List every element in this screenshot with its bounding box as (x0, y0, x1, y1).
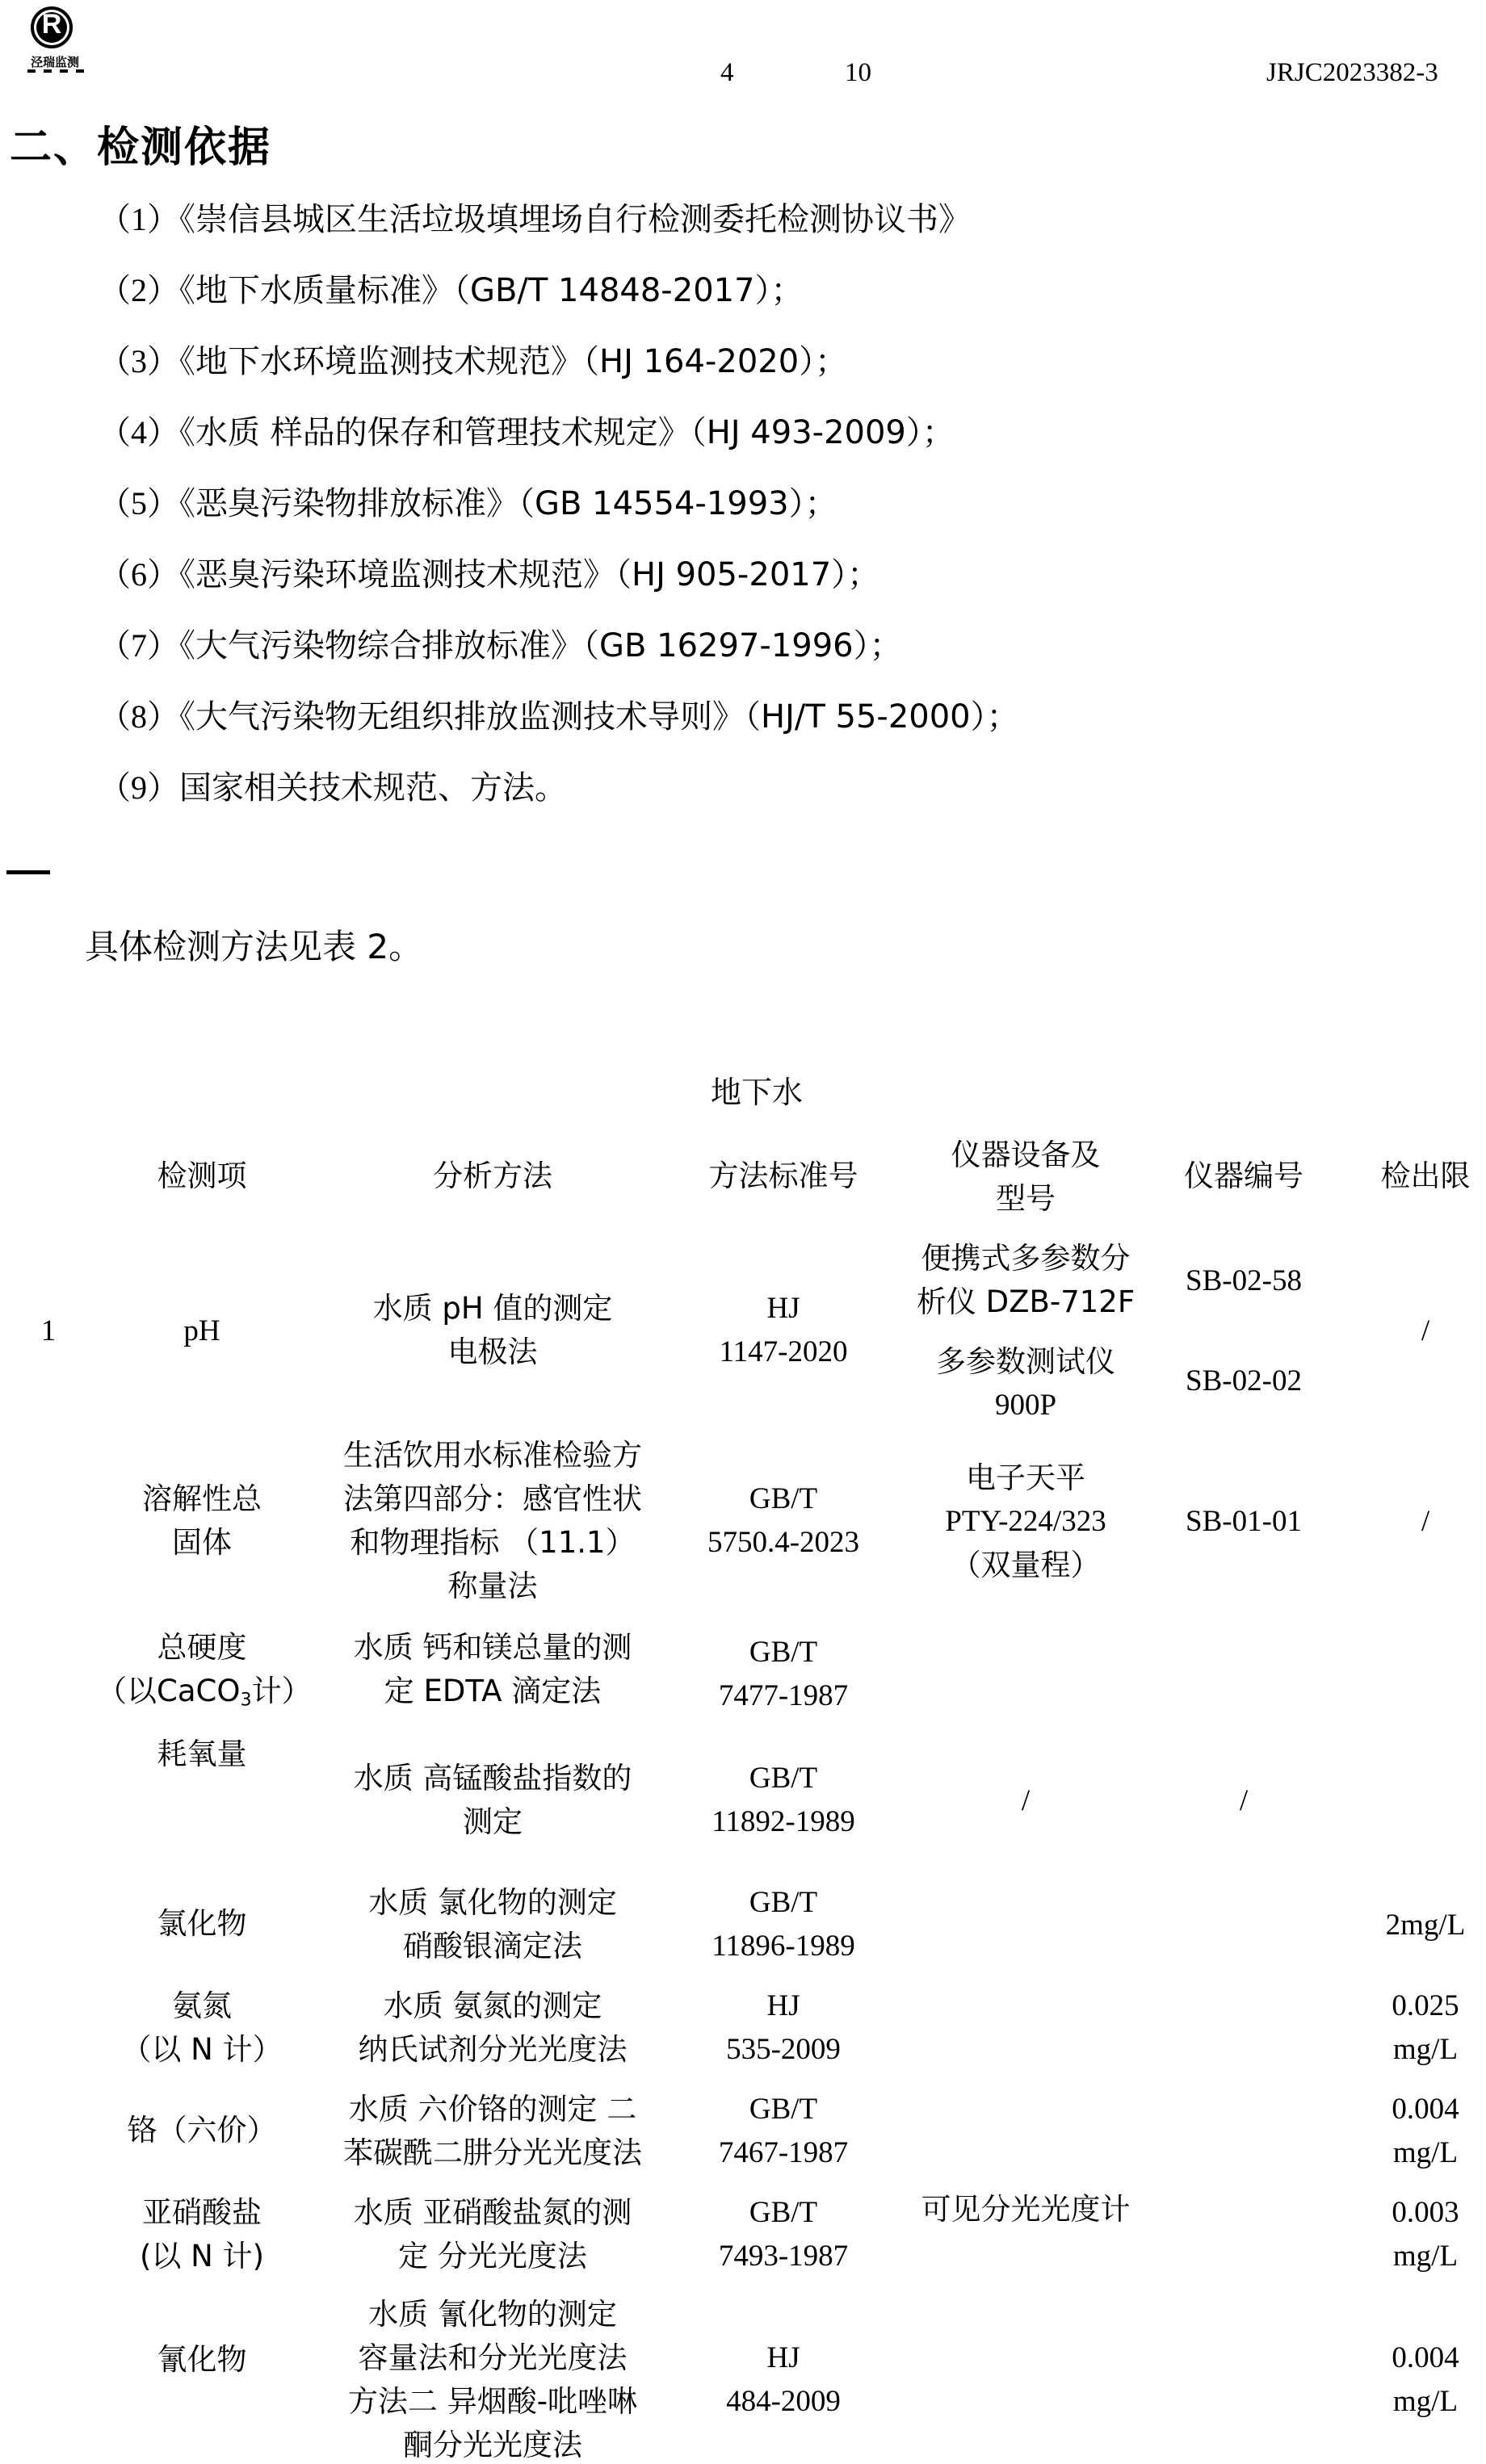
cell-limit: 0.004mg/L (1357, 2088, 1486, 2175)
basis-item: （9）国家相关技术规范、方法。 (99, 762, 567, 808)
basis-item: （7）《大气污染物综合排放标准》（GB 16297-1996）； (99, 620, 902, 666)
cell-limit: 0.025mg/L (1357, 1984, 1486, 2072)
cell-item: pH (121, 1310, 283, 1353)
cell-standard: HJ1147-2020 (686, 1287, 880, 1374)
cell-instrument: 电子天平PTY-224/323（双量程） (896, 1456, 1155, 1587)
cell-method: 水质 高锰酸盐指数的测定 (323, 1757, 662, 1844)
cell-method: 水质 亚硝酸盐氮的测定 分光光度法 (323, 2191, 662, 2278)
cell-instrument-no: SB-02-02 (1155, 1360, 1333, 1403)
cell-instrument-no: SB-02-58 (1155, 1259, 1333, 1303)
table-caption: 地下水 (711, 1067, 803, 1112)
cell-item: 氰化物 (121, 2338, 283, 2382)
cell-method: 水质 氯化物的测定硝酸银滴定法 (323, 1881, 662, 1968)
cell-item: 总硬度 （以CaCO3计） (97, 1626, 307, 1722)
company-logo: R 泾瑞监测 (23, 5, 87, 76)
header-instrument: 仪器设备及 型号 (896, 1134, 1155, 1221)
section-title: 二、检测依据 (10, 113, 271, 174)
cell-standard: GB/T7493-1987 (686, 2191, 880, 2278)
cell-item: 铬（六价） (97, 2109, 307, 2152)
cell-item: 溶解性总固体 (121, 1477, 283, 1565)
cell-instrument-no: SB-01-01 (1155, 1500, 1333, 1544)
cell-method: 水质 钙和镁总量的测定 EDTA 滴定法 (323, 1626, 662, 1713)
cell-standard: GB/T7477-1987 (686, 1631, 880, 1718)
basis-item: （8）《大气污染物无组织排放监测技术导则》（HJ/T 55-2000）； (99, 691, 1019, 737)
intro-text: 具体检测方法见表 2。 (85, 920, 422, 969)
cell-limit: 0.003mg/L (1357, 2191, 1486, 2278)
cell-instrument: 多参数测试仪900P (896, 1340, 1155, 1427)
cell-instrument: 可见分光光度计 (888, 2188, 1163, 2231)
basis-item: （1）《崇信县城区生活垃圾填埋场自行检测委托检测协议书》 (99, 194, 971, 240)
cell-item: 亚硝酸盐(以 N 计) (97, 2191, 307, 2278)
basis-item: （6）《恶臭污染环境监测技术规范》（HJ 905-2017）； (99, 549, 879, 595)
basis-item: （4）《水质 样品的保存和管理技术规定》（HJ 493-2009）； (99, 407, 955, 453)
row-index: 1 (24, 1310, 73, 1353)
header-limit: 检出限 (1357, 1154, 1486, 1198)
cell-instrument: / (896, 1779, 1155, 1823)
cell-standard: HJ535-2009 (686, 1984, 880, 2072)
cell-standard: GB/T11896-1989 (686, 1881, 880, 1968)
cell-standard: GB/T7467-1987 (686, 2088, 880, 2175)
cell-limit: 2mg/L (1357, 1904, 1486, 1947)
cell-item: 氯化物 (121, 1902, 283, 1946)
cell-method: 水质 六价铬的测定 二苯碳酰二肼分光光度法 (307, 2088, 678, 2175)
cell-method: 生活饮用水标准检验方法第四部分：感官性状 和物理指标 （11.1）称量法 (323, 1434, 662, 1608)
header-item: 检测项 (121, 1154, 283, 1198)
cell-standard: HJ484-2009 (686, 2336, 880, 2424)
page-total: 10 (845, 58, 871, 88)
cell-instrument: 便携式多参数分析仪 DZB-712F (896, 1237, 1155, 1324)
report-number: JRJC2023382-3 (1266, 58, 1438, 88)
header-method: 分析方法 (339, 1154, 646, 1198)
basis-item: （2）《地下水质量标准》（GB/T 14848-2017）； (99, 265, 804, 311)
cell-method: 水质 pH 值的测定电极法 (339, 1287, 646, 1374)
cell-instrument-no: / (1155, 1779, 1333, 1823)
basis-item: （5）《恶臭污染物排放标准》（GB 14554-1993）； (99, 478, 837, 524)
cell-item: 耗氧量 (121, 1733, 283, 1776)
page-current: 4 (720, 58, 734, 88)
header-standard: 方法标准号 (686, 1154, 880, 1198)
cell-item: 氨氮（以 N 计） (97, 1984, 307, 2072)
cell-limit: / (1357, 1310, 1486, 1353)
cell-limit: / (1357, 1500, 1486, 1544)
cell-limit: 0.004mg/L (1357, 2336, 1486, 2424)
logo-text: 泾瑞监测 (23, 53, 87, 70)
cell-standard: GB/T5750.4-2023 (686, 1477, 880, 1565)
cell-method: 水质 氰化物的测定容量法和分光光度法 方法二 异烟酸-吡唑啉酮分光光度法 (307, 2293, 678, 2464)
section-dash (6, 870, 50, 874)
logo-r-icon: R (36, 9, 67, 40)
cell-standard: GB/T11892-1989 (686, 1757, 880, 1844)
basis-item: （3）《地下水环境监测技术规范》（HJ 164-2020）； (99, 336, 847, 382)
cell-method: 水质 氨氮的测定纳氏试剂分光光度法 (323, 1984, 662, 2072)
header-instrument-no: 仪器编号 (1155, 1154, 1333, 1198)
